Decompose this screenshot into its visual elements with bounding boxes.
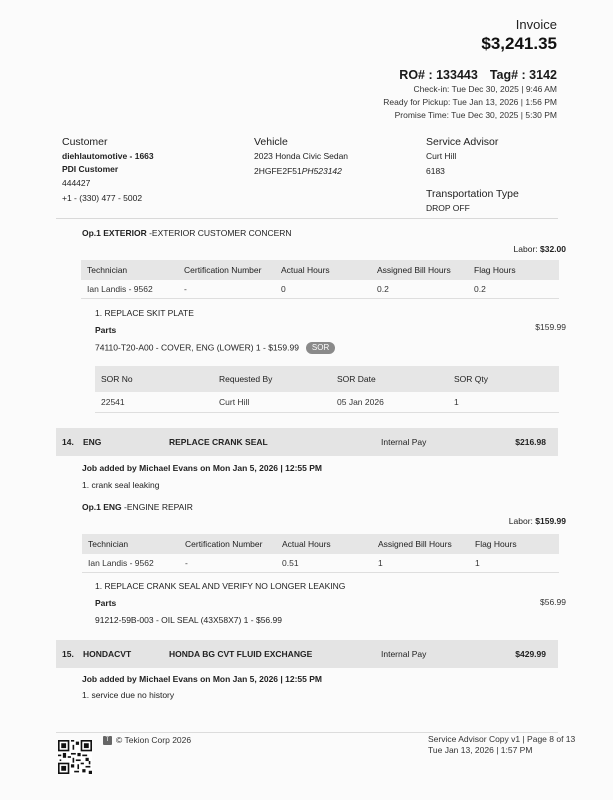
op-line-eng: Op.1 ENG -ENGINE REPAIR: [82, 502, 193, 512]
job-concern-15: 1. service due no history: [82, 690, 174, 700]
col-actual-hours: Actual Hours: [275, 260, 371, 280]
ro-tag-line: RO# : 133443Tag# : 3142: [383, 67, 557, 83]
technician-table-exterior: Technician Certification Number Actual H…: [81, 260, 559, 299]
vehicle-label: Vehicle: [254, 135, 348, 149]
customer-type: PDI Customer: [62, 163, 154, 176]
part-line: 74110-T20-A00 - COVER, ENG (LOWER) 1 - $…: [95, 342, 335, 354]
job-concern-14: 1. crank seal leaking: [82, 480, 160, 490]
parts-total: $159.99: [535, 322, 566, 332]
customer-phone: +1 - (330) 477 - 5002: [62, 192, 154, 205]
customer-block: Customer diehlautomotive - 1663 PDI Cust…: [62, 135, 154, 204]
col-technician: Technician: [81, 260, 178, 280]
job-header-14: 14. ENG REPLACE CRANK SEAL Internal Pay …: [56, 428, 558, 456]
parts-label: Parts: [95, 598, 116, 608]
job-added-by-15: Job added by Michael Evans on Mon Jan 5,…: [82, 674, 322, 684]
service-advisor-label: Service Advisor: [426, 135, 519, 149]
vehicle-vin: 2HGFE2F51PH523142: [254, 165, 348, 178]
footer-page-info: Service Advisor Copy v1 | Page 8 of 13 T…: [428, 734, 575, 756]
labor-exterior: Labor: $32.00: [514, 244, 566, 254]
vehicle-block: Vehicle 2023 Honda Civic Sedan 2HGFE2F51…: [254, 135, 348, 177]
check-in-time: Check-in: Tue Dec 30, 2025 | 9:46 AM: [383, 83, 557, 96]
customer-name: diehlautomotive - 1663: [62, 150, 154, 163]
col-sor-no: SOR No: [95, 366, 213, 392]
footer-divider: [56, 732, 558, 733]
section-divider: [56, 218, 558, 219]
ready-for-pickup-time: Ready for Pickup: Tue Jan 13, 2026 | 1:5…: [383, 96, 557, 109]
service-advisor-block: Service Advisor Curt Hill 6183 Transport…: [426, 135, 519, 215]
ro-number: RO# : 133443: [399, 68, 478, 82]
invoice-page: Invoice $3,241.35 RO# : 133443Tag# : 314…: [0, 0, 613, 800]
invoice-title: Invoice: [383, 17, 557, 33]
invoice-header: Invoice $3,241.35 RO# : 133443Tag# : 314…: [383, 17, 557, 122]
customer-label: Customer: [62, 135, 154, 149]
vin-suffix: PH523142: [302, 166, 342, 176]
table-row: Ian Landis - 9562 - 0 0.2 0.2: [81, 280, 559, 298]
transportation-type-label: Transportation Type: [426, 187, 519, 201]
col-sor-qty: SOR Qty: [448, 366, 559, 392]
invoice-total: $3,241.35: [383, 34, 557, 54]
customer-id: 444427: [62, 177, 154, 190]
printed-timestamp: Tue Jan 13, 2026 | 1:57 PM: [428, 745, 575, 756]
sor-badge: SOR: [306, 342, 335, 354]
promise-time: Promise Time: Tue Dec 30, 2025 | 5:30 PM: [383, 109, 557, 122]
tag-number: Tag# : 3142: [490, 68, 557, 82]
copy-page-info: Service Advisor Copy v1 | Page 8 of 13: [428, 734, 575, 745]
parts-total: $56.99: [540, 597, 566, 607]
col-sor-date: SOR Date: [331, 366, 448, 392]
sor-table: SOR No Requested By SOR Date SOR Qty 225…: [95, 366, 559, 413]
col-certification-number: Certification Number: [178, 260, 275, 280]
op-line-exterior: Op.1 EXTERIOR -EXTERIOR CUSTOMER CONCERN: [82, 228, 292, 238]
step-replace-skit-plate: 1. REPLACE SKIT PLATE: [95, 308, 194, 318]
col-flag-hours: Flag Hours: [468, 260, 559, 280]
service-advisor-id: 6183: [426, 165, 519, 178]
job-header-15: 15. HONDACVT HONDA BG CVT FLUID EXCHANGE…: [56, 640, 558, 668]
tekion-logo-icon: T: [103, 736, 112, 745]
technician-table-eng: Technician Certification Number Actual H…: [82, 534, 559, 573]
service-advisor-name: Curt Hill: [426, 150, 519, 163]
parts-label: Parts: [95, 325, 116, 335]
transportation-type-value: DROP OFF: [426, 202, 519, 215]
vin-prefix: 2HGFE2F51: [254, 166, 302, 176]
job-added-by-14: Job added by Michael Evans on Mon Jan 5,…: [82, 463, 322, 473]
col-requested-by: Requested By: [213, 366, 331, 392]
vehicle-description: 2023 Honda Civic Sedan: [254, 150, 348, 163]
part-line: 91212-59B-003 - OIL SEAL (43X58X7) 1 - $…: [95, 615, 282, 625]
col-assigned-bill-hours: Assigned Bill Hours: [371, 260, 468, 280]
copyright: T © Tekion Corp 2026: [103, 735, 191, 745]
labor-eng: Labor: $159.99: [509, 516, 566, 526]
step-replace-crank-seal: 1. REPLACE CRANK SEAL AND VERIFY NO LONG…: [95, 581, 345, 591]
table-row: Ian Landis - 9562 - 0.51 1 1: [82, 554, 559, 572]
qr-code-icon: [58, 740, 92, 774]
table-row: 22541 Curt Hill 05 Jan 2026 1: [95, 392, 559, 412]
